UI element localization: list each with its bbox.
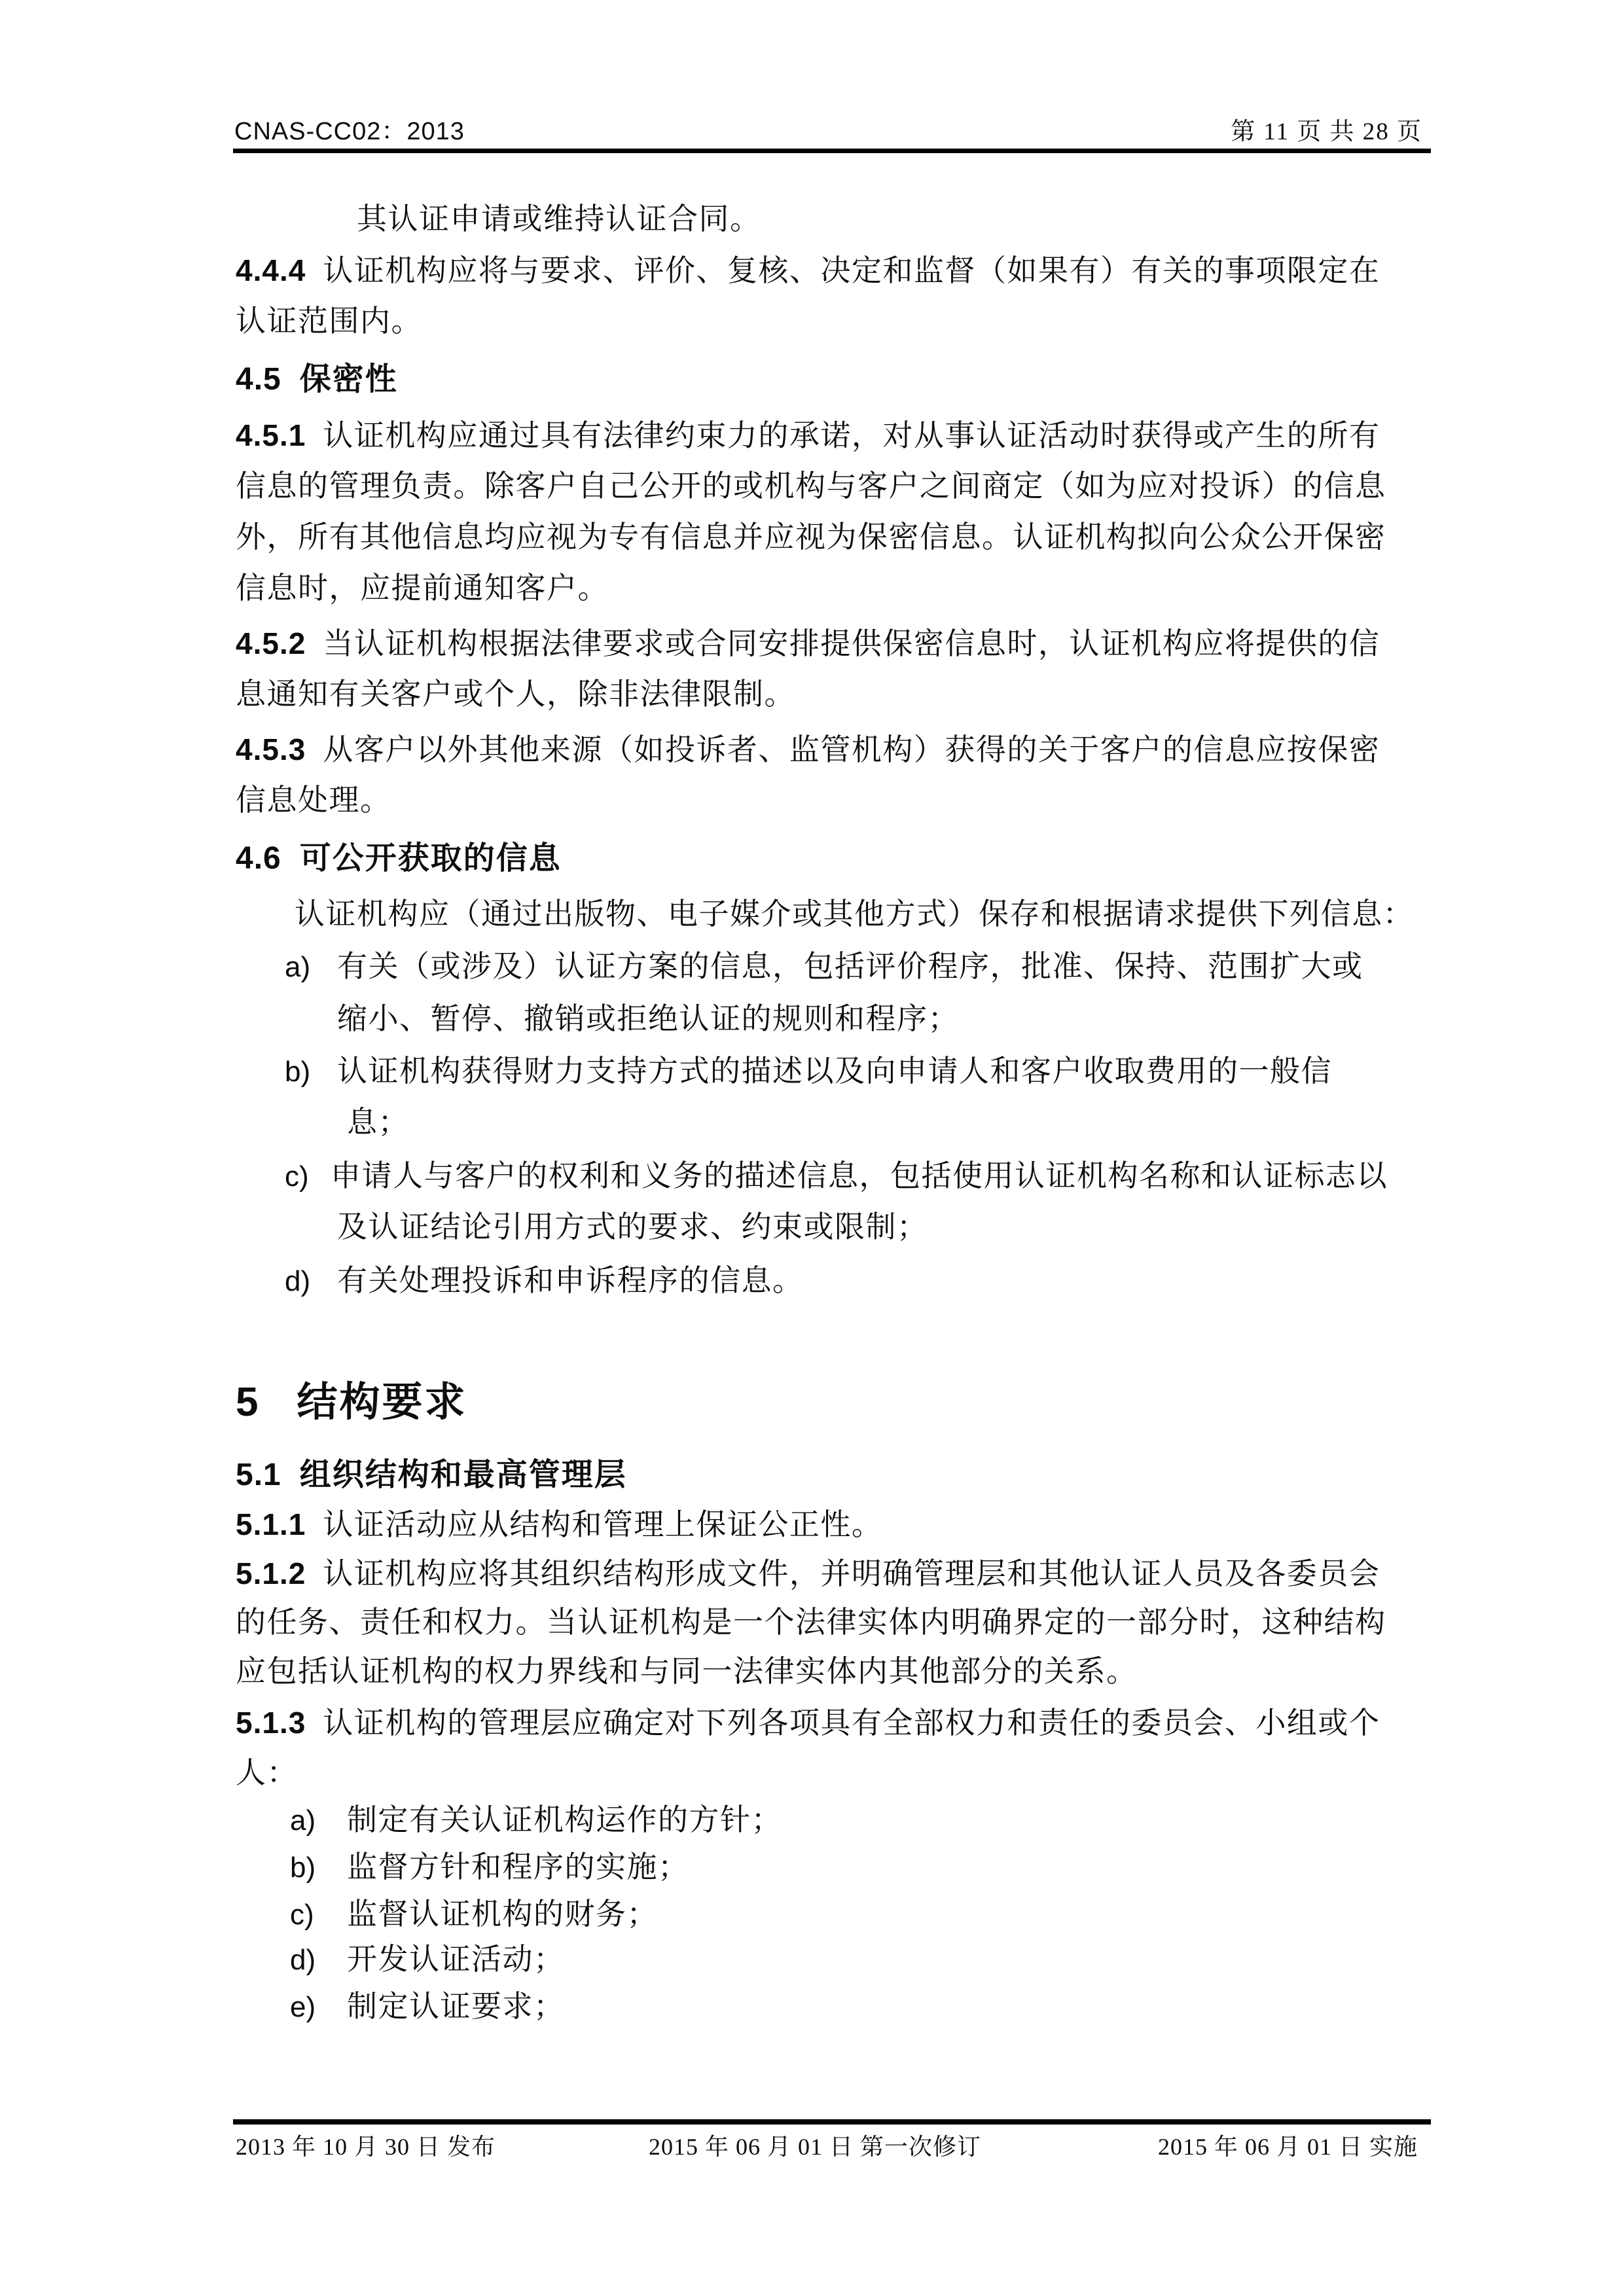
line-text: 认证范围内。 <box>236 304 422 338</box>
line-text: 应包括认证机构的权力界线和与同一法律实体内其他部分的关系。 <box>236 1655 1138 1688</box>
line-text: 及认证结论引用方式的要求、约束或限制； <box>337 1210 928 1244</box>
text-line: 监督方针和程序的实施； <box>347 1852 689 1882</box>
text-line: 认证机构获得财力支持方式的描述以及向申请人和客户收取费用的一般信 <box>337 1056 1332 1086</box>
footer-implementation-date: 2015 年 06 月 01 日 实施 <box>1158 2135 1418 2159</box>
text-line: 5.1.3认证机构的管理层应确定对下列各项具有全部权力和责任的委员会、小组或个 <box>236 1708 1380 1738</box>
text-line: 有关处理投诉和申诉程序的信息。 <box>337 1266 804 1296</box>
text-line: 信息时，应提前通知客户。 <box>236 573 609 603</box>
header-page-info: 第 11 页 共 28 页 <box>1231 120 1422 144</box>
line-text: 外，所有其他信息均应视为专有信息并应视为保密信息。认证机构拟向公众公开保密 <box>236 520 1386 554</box>
header-rule <box>233 149 1431 153</box>
line-text: 认证机构应将其组织结构形成文件，并明确管理层和其他认证人员及各委员会 <box>323 1557 1380 1590</box>
list-marker: e) <box>290 1993 316 2022</box>
line-text: 缩小、暂停、撤销或拒绝认证的规则和程序； <box>337 1002 959 1035</box>
section-number: 4.5.3 <box>236 732 306 766</box>
line-text: 认证机构应（通过出版物、电子媒介或其他方式）保存和根据请求提供下列信息： <box>295 897 1414 931</box>
line-text: 制定认证要求； <box>347 1990 565 2023</box>
section-number: 5 <box>236 1380 259 1425</box>
text-line: 的任务、责任和权力。当认证机构是一个法律实体内明确界定的一部分时，这种结构 <box>236 1607 1386 1638</box>
text-line: 制定认证要求； <box>347 1992 565 2022</box>
section-number: 5.1.3 <box>236 1706 306 1740</box>
text-line: 息； <box>347 1107 409 1138</box>
text-line: 4.5.1认证机构应通过具有法律约束力的承诺，对从事认证活动时获得或产生的所有 <box>236 420 1380 451</box>
text-line: 4.4.4认证机构应将与要求、评价、复核、决定和监督（如果有）有关的事项限定在 <box>236 255 1380 286</box>
text-line: 制定有关认证机构运作的方针； <box>347 1805 782 1835</box>
line-text: 制定有关认证机构运作的方针； <box>347 1803 782 1837</box>
text-line: 4.5.3从客户以外其他来源（如投诉者、监管机构）获得的关于客户的信息应按保密 <box>236 734 1380 765</box>
line-text: 认证活动应从结构和管理上保证公正性。 <box>323 1508 882 1541</box>
text-line: 缩小、暂停、撤销或拒绝认证的规则和程序； <box>337 1004 959 1034</box>
text-line: 外，所有其他信息均应视为专有信息并应视为保密信息。认证机构拟向公众公开保密 <box>236 522 1386 552</box>
section-number: 4.5.1 <box>236 418 306 452</box>
text-line: 及认证结论引用方式的要求、约束或限制； <box>337 1212 928 1242</box>
line-text: 认证机构应将与要求、评价、复核、决定和监督（如果有）有关的事项限定在 <box>323 254 1380 287</box>
text-line: 申请人与客户的权利和义务的描述信息，包括使用认证机构名称和认证标志以 <box>331 1161 1388 1191</box>
list-marker: b) <box>290 1854 316 1882</box>
section-number: 5.1.1 <box>236 1507 306 1541</box>
text-line: 5.1.1认证活动应从结构和管理上保证公正性。 <box>236 1509 882 1540</box>
line-text: 信息处理。 <box>236 783 391 817</box>
list-marker: a) <box>285 953 310 982</box>
list-marker: a) <box>290 1806 316 1835</box>
text-line: 息通知有关客户或个人，除非法律限制。 <box>236 679 795 709</box>
line-text: 认证机构应通过具有法律约束力的承诺，对从事认证活动时获得或产生的所有 <box>323 419 1380 452</box>
line-text: 保密性 <box>300 362 398 397</box>
line-text: 组织结构和最高管理层 <box>300 1458 627 1492</box>
section-number: 4.5.2 <box>236 626 306 660</box>
footer-issue-date: 2013 年 10 月 30 日 发布 <box>236 2135 496 2159</box>
line-text: 认证机构获得财力支持方式的描述以及向申请人和客户收取费用的一般信 <box>337 1054 1332 1088</box>
line-text: 其认证申请或维持认证合同。 <box>357 202 761 236</box>
footer-revision-date: 2015 年 06 月 01 日 第一次修订 <box>649 2135 981 2159</box>
list-marker: d) <box>290 1946 316 1975</box>
line-text: 当认证机构根据法律要求或合同安排提供保密信息时，认证机构应将提供的信 <box>323 627 1380 660</box>
line-text: 认证机构的管理层应确定对下列各项具有全部权力和责任的委员会、小组或个 <box>323 1706 1380 1740</box>
line-text: 的任务、责任和权力。当认证机构是一个法律实体内明确界定的一部分时，这种结构 <box>236 1605 1386 1639</box>
text-line: 认证机构应（通过出版物、电子媒介或其他方式）保存和根据请求提供下列信息： <box>295 899 1414 929</box>
section-number: 4.4.4 <box>236 253 306 287</box>
line-text: 监督方针和程序的实施； <box>347 1850 689 1884</box>
subsection-heading: 4.5保密性 <box>236 364 398 395</box>
text-line: 监督认证机构的财务； <box>347 1899 658 1929</box>
list-marker: d) <box>285 1267 310 1296</box>
line-text: 申请人与客户的权利和义务的描述信息，包括使用认证机构名称和认证标志以 <box>331 1159 1388 1193</box>
line-text: 信息时，应提前通知客户。 <box>236 571 609 605</box>
line-text: 息通知有关客户或个人，除非法律限制。 <box>236 677 795 711</box>
footer-rule <box>233 2119 1431 2125</box>
section-number: 5.1 <box>236 1458 281 1492</box>
line-text: 有关处理投诉和申诉程序的信息。 <box>337 1264 804 1297</box>
document-page: CNAS-CC02：2013 第 11 页 共 28 页 其认证申请或维持认证合… <box>0 0 1624 2296</box>
section-heading: 5结构要求 <box>236 1382 467 1423</box>
line-text: 息； <box>347 1105 409 1139</box>
list-marker: c) <box>285 1162 309 1191</box>
text-line: 有关（或涉及）认证方案的信息，包括评价程序，批准、保持、范围扩大或 <box>337 952 1363 982</box>
subsection-heading: 4.6可公开获取的信息 <box>236 843 562 874</box>
text-line: 信息的管理负责。除客户自己公开的或机构与客户之间商定（如为应对投诉）的信息 <box>236 471 1386 501</box>
line-text: 监督认证机构的财务； <box>347 1897 658 1931</box>
section-number: 5.1.2 <box>236 1556 306 1590</box>
line-text: 开发认证活动； <box>347 1943 565 1976</box>
line-text: 结构要求 <box>297 1380 467 1425</box>
line-text: 有关（或涉及）认证方案的信息，包括评价程序，批准、保持、范围扩大或 <box>337 950 1363 983</box>
line-text: 可公开获取的信息 <box>300 841 562 876</box>
list-marker: c) <box>290 1901 314 1929</box>
text-line: 5.1.2认证机构应将其组织结构形成文件，并明确管理层和其他认证人员及各委员会 <box>236 1558 1380 1589</box>
text-line: 人： <box>236 1758 298 1788</box>
header-doc-number: CNAS-CC02：2013 <box>234 119 465 144</box>
text-line: 其认证申请或维持认证合同。 <box>357 204 761 234</box>
line-text: 从客户以外其他来源（如投诉者、监管机构）获得的关于客户的信息应按保密 <box>323 733 1380 766</box>
text-line: 开发认证活动； <box>347 1945 565 1975</box>
text-line: 信息处理。 <box>236 785 391 816</box>
line-text: 人： <box>236 1756 298 1789</box>
subsection-heading: 5.1组织结构和最高管理层 <box>236 1460 627 1491</box>
line-text: 信息的管理负责。除客户自己公开的或机构与客户之间商定（如为应对投诉）的信息 <box>236 469 1386 503</box>
text-line: 4.5.2当认证机构根据法律要求或合同安排提供保密信息时，认证机构应将提供的信 <box>236 628 1380 659</box>
text-line: 认证范围内。 <box>236 306 422 336</box>
list-marker: b) <box>285 1058 310 1086</box>
section-number: 4.6 <box>236 841 281 876</box>
section-number: 4.5 <box>236 362 281 397</box>
text-line: 应包括认证机构的权力界线和与同一法律实体内其他部分的关系。 <box>236 1657 1138 1687</box>
